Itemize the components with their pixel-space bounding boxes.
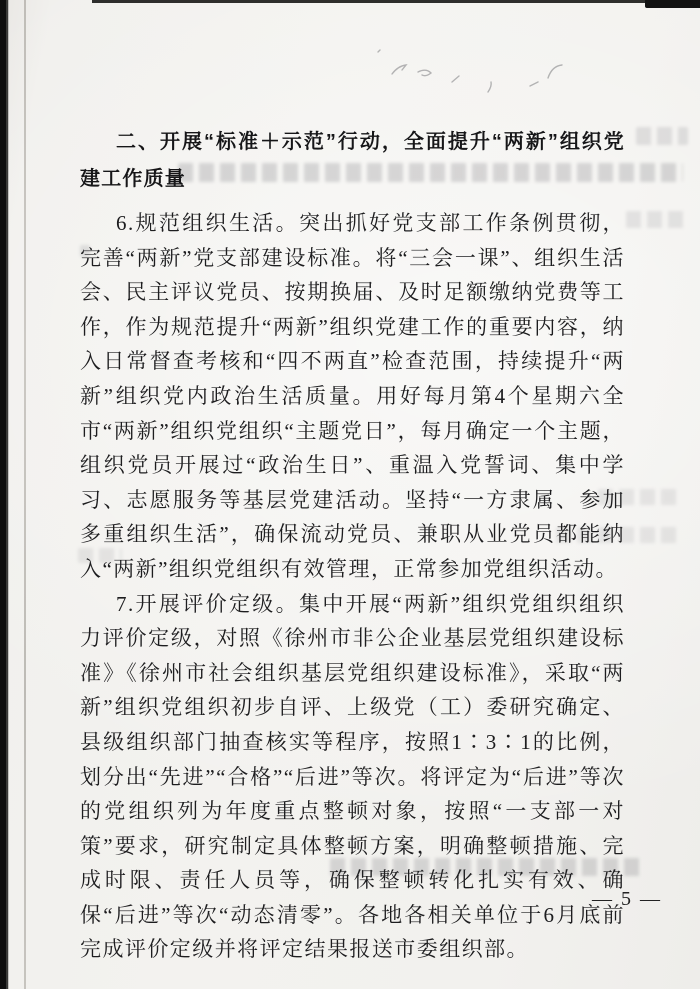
scanned-document-page: 二、开展“标准＋示范”行动，全面提升“两新”组织党建工作质量 6.规范组织生活。…	[0, 0, 700, 989]
page-fold-line	[24, 0, 26, 989]
scan-left-edge-strip	[0, 0, 9, 989]
ink-bleedthrough	[626, 211, 686, 228]
page-number: — 5 —	[592, 888, 662, 911]
scan-top-edge-line	[92, 0, 700, 3]
document-body: 二、开展“标准＋示范”行动，全面提升“两新”组织党建工作质量 6.规范组织生活。…	[80, 124, 625, 967]
ink-bleedthrough	[636, 127, 688, 145]
section-heading: 二、开展“标准＋示范”行动，全面提升“两新”组织党建工作质量	[80, 124, 625, 198]
paragraph-item-6: 6.规范组织生活。突出抓好党支部工作条例贯彻，完善“两新”党支部建设标准。将“三…	[80, 206, 625, 587]
pen-scribble-marks	[360, 30, 600, 100]
paragraph-item-7: 7.开展评价定级。集中开展“两新”组织党组织组织力评价定级，对照《徐州市非公企业…	[80, 587, 625, 968]
scan-top-right-mark	[645, 0, 700, 8]
